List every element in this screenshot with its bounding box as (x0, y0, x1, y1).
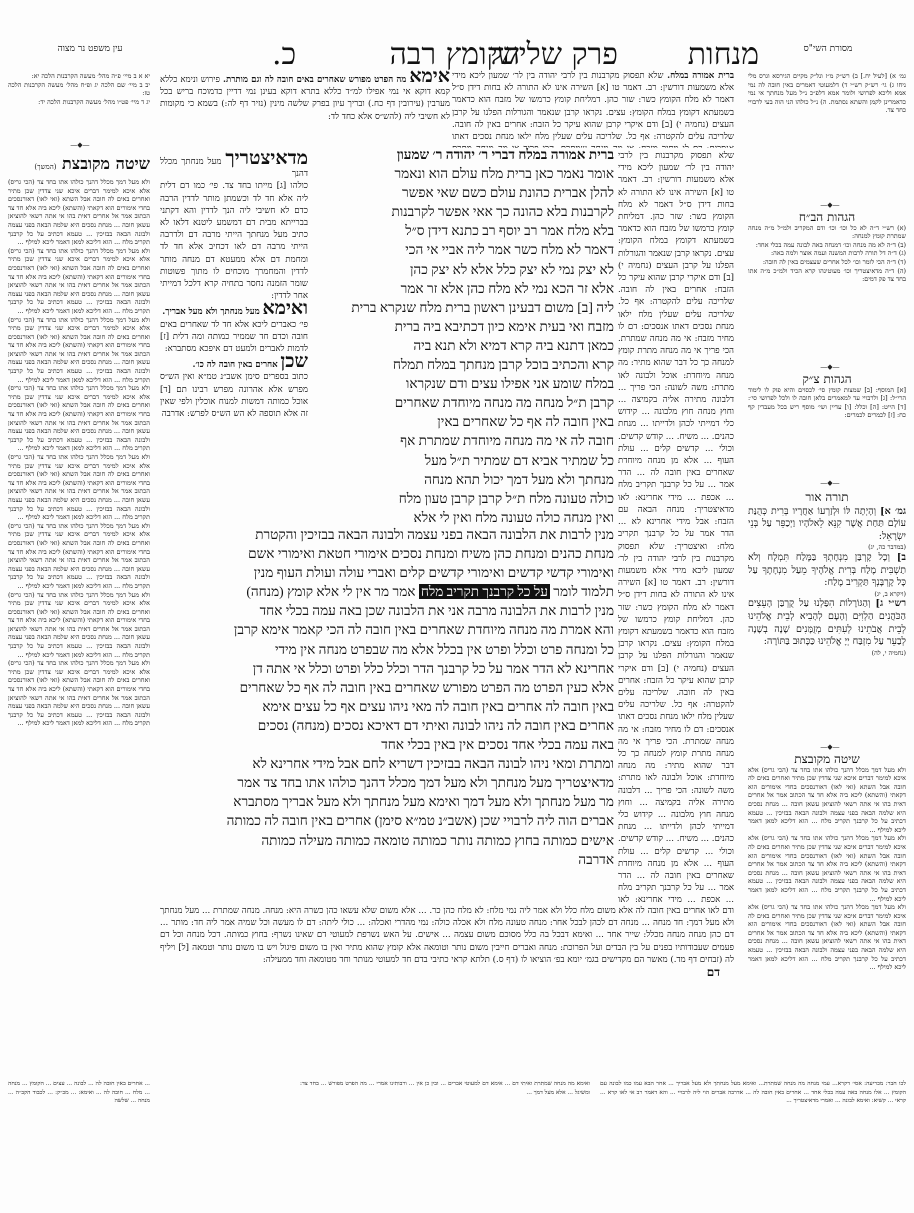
shita-mekubetzet-column: שיטה מקובצת (המשך) ולא מעל דמך מכלל דהנך… (8, 153, 150, 1088)
hagahot-tzk-column: הגהות צ״ק [א] המוסף: [ב] שמצות קומץ סי׳ … (748, 372, 906, 462)
gemara-line: באה עמה בכלי אחד נסכים אין באין בכלי אחד (160, 735, 614, 754)
gemara-line: מזבח ואי בעית אימא כיון דכתיבא ביה ברית (312, 317, 614, 336)
gemara-text-wide: מנין לרבות את הלבונה הבאה בפני עצמה ולבו… (160, 525, 614, 905)
folio-number: כ. (272, 38, 296, 72)
shita-right-text: ולא מעל דמך מכלל דהנך כולהו אתו בחד צד (… (748, 766, 906, 835)
masoret-column: גמ׳ א) [לעיל יח.] ב) רש״ק מ״ז ונל״ק מקיי… (748, 72, 906, 212)
ornament-divider: —◆— (790, 478, 870, 488)
perek-label: פרק שלישי (490, 38, 618, 72)
gemara-line: אחרינא לא הדר אמר על כל קרבנך הדר וכלל כ… (160, 659, 614, 678)
gemara-line: אומר נאמר כאן ברית מלח עולם הוא ונאמר (312, 164, 614, 183)
gemara-line: מנין לרבות את הלבונה הבאה בפני עצמה ולבו… (160, 525, 614, 544)
rashi-text-cont: שלא תפסוק מקרבנות בין לרבי יהודה בין לר׳… (618, 542, 734, 906)
shita-text-cont: ולא מעל דמך מכלל דהנך כולהו אתו בחד צד (… (8, 522, 150, 591)
shita-mekubetzet-right: שיטה מקובצת ולא מעל דמך מכלל דהנך כולהו … (748, 752, 906, 1072)
ein-mishpat-entry: יג ד מיי׳ פט״ו מהל׳ מעשה הקרבנות הלכה יד… (8, 98, 150, 107)
ornament-divider: —◆— (790, 362, 870, 372)
highlighted-phrase[interactable]: על כל קרבנך תקריב מלח (419, 584, 550, 599)
masoret-text: גמ׳ א) [לעיל יח.] ב) רש״ק מ״ז ונל״ק מקיי… (748, 72, 906, 115)
tosafot-heading-2: ואימא (262, 297, 308, 319)
footnotes-right: לכו חבר: מכריעה: אסי׳ דקרא... עמי מנחה מ… (600, 1080, 906, 1160)
gemara-line: אברים הוה ליה לרבויי שכן (אשב״נ טמ״א סימ… (160, 811, 614, 830)
ein-mishpat-entry: יא א ב מיי׳ פ״ה מהל׳ מעשה הקרבנות הלכה י… (8, 72, 150, 81)
shita-text-cont: ולא מעל דמך מכלל דהנך כולהו אתו בחד צד (… (8, 591, 150, 660)
tosafot-lead-rest: מה הפרט מפורש שאחרים באים חובה לה וגם מו… (223, 75, 406, 85)
torah-or-verse: רש״י ג] וְהַגּוֹרָלוֹת הִפַּלְנוּ עַל קֻ… (748, 598, 906, 648)
ein-mishpat-column: יא א ב מיי׳ פ״ה מהל׳ מעשה הקרבנות הלכה י… (8, 72, 150, 132)
gemara-line: באין חובה לה אף כל שאחרים באין (312, 412, 614, 431)
hagahot-bach-item: (ב) ד״ה לא מה מנחה וכו׳ דמנחה באה לבונה … (748, 241, 906, 250)
gemara-line: מנחת כהנים ומנחת כהן משיח ומנחת נסכים אי… (160, 544, 614, 563)
gemara-line: ואימורי קדשי קדשים ואימורי קדשים קלים וא… (160, 563, 614, 582)
gemara-line: להלן אברית כהונת עולם כשם שאי אפשר (312, 183, 614, 202)
hagahot-bach-item: (ה) ד״ה מדאיצטריך וכו׳ מעוטינהו קרא הכיד… (748, 267, 906, 284)
gemara-line: אישים כמותה בחוץ כמותה נותר כמותה טומאה … (160, 831, 614, 850)
rashi-bottom-text: ודם לאו אחרים באין חובה לה אלא משום מלח … (160, 906, 734, 965)
footnotes-left: ... אחרים באין חובה לה ... לבונה ... עצי… (8, 1080, 150, 1160)
tosafot-body-3: כתוב בספרים סימן אשב״נ טמ״א ואין הש״ס מפ… (160, 371, 308, 420)
hagahot-bach-title: הגהות הב״ח (748, 213, 906, 222)
ornament-divider: —◆— (790, 200, 870, 210)
rashi-column-top: ברית אמורה במלח. שלא תפסוק מקרבנות בין ל… (452, 70, 734, 148)
hagahot-bach-item: (א) רש״י ד״ה לא כל וכו׳ וכו׳ ודם המקריב … (748, 224, 906, 241)
shita-right-text: ולא מעל דמך מכלל דהנך כולהו אתו בחד צד (… (748, 903, 906, 972)
gemara-line: כמאן דתנא ביה קרא דמיא ולא תנא ביה (312, 336, 614, 355)
gemara-line: קרבן ת״ל מנחה מה מנחה מיוחדת שאחרים (312, 393, 614, 412)
torah-or-title: תורה אור (748, 491, 906, 504)
gemara-line: באין חובה לה אחרים באין חובה לה מאי ניהו… (160, 697, 614, 716)
gemara-line: במלח שומע אני אפילו עצים ודם שנקראו (312, 374, 614, 393)
gemara-line: מנין לרבות את הלבונה מרבה אני את הלבונה … (160, 601, 614, 620)
rashi-opening: ברית אמורה במלח. (667, 71, 734, 81)
gemara-line: חובה לה אי מה מנחה מיוחדת שמתרת אף (312, 431, 614, 450)
gemara-line: ברית אמורה במלח דברי ר׳ יהודה ר׳ שמעון (312, 145, 614, 164)
gemara-line: כולה טעונה מלח ת״ל קרבן קרבן טעון מלח (312, 489, 614, 508)
shita-text: ולא מעל דמך מכלל דהנך כולהו אתו בחד צד (… (8, 178, 150, 247)
gemara-line: לקרבנות בלא כהונה כך אאי אפשר לקרבנות (312, 202, 614, 221)
gemara-line: תלמוד לומר על כל קרבנך תקריב מלח אמר מר … (160, 582, 614, 601)
ornament-divider: —◆— (40, 140, 120, 150)
gemara-line: לא יצק נמי לא יצק כלל אלא לא יצק כהן (312, 260, 614, 279)
gemara-line: ליה [ב] משום דבעינן ראשון ברית מלח שנקרא… (312, 298, 614, 317)
shita-right-title: שיטה מקובצת (748, 755, 906, 764)
tosafot-column-narrow: מדאיצטריך מעל מנחתך מכלל דהנך כולהו [ג] … (160, 152, 308, 522)
tosafot-heading-3-rest: אחרים באין חובה לה כו׳. (192, 360, 277, 370)
gemara-line: מר מעל מנחתך ולא מעל דמך ואימא מעל מנחתך… (160, 792, 614, 811)
torah-or-column: תורה אור גמ׳ א] וְהָיְתָה לּוֹ וּלְזַרְע… (748, 488, 906, 738)
shita-text-cont: ולא מעל דמך מכלל דהנך כולהו אתו בחד צד (… (8, 384, 150, 453)
rashi-bottom: ודם לאו אחרים באין חובה לה אלא משום מלח … (160, 905, 734, 1075)
shita-text-cont: ולא מעל דמך מכלל דהנך כולהו אתו בחד צד (… (8, 316, 150, 385)
hagahot-bach-item: (ד) ד״ה הכי לומר וכו׳ לכל אחרים שעצמים ב… (748, 258, 906, 267)
shita-text-cont: ולא מעל דמך מכלל דהנך כולהו אתו בחד צד (… (8, 247, 150, 316)
masoret-label: מסורת השי"ס (798, 44, 858, 55)
tosafot-column: אימא מה הפרט מפורש שאחרים באים חובה לה ו… (160, 70, 450, 148)
torah-or-ref: (ויקרא ב, יג) (748, 590, 906, 599)
rashi-text-cont: שלא תפסוק מקרבנות בין לרבי יהודה בין לר׳… (618, 151, 734, 552)
gemara-line: ומתרת ומאי ניהו לבונה הבאה בבזיכין דשריא… (160, 754, 614, 773)
gemara-line: והא אמרת מה מנחה מיוחדת שאחרים באין חובה… (160, 620, 614, 639)
gemara-line: מדאיצטריך מעל מנחתך ולא מעל דמך מכלל דהנ… (160, 773, 614, 792)
tractate-name: מנחות (688, 38, 759, 72)
gemara-line: כל שמתיר אביא דם שמתיר ת״ל מעל (312, 451, 614, 470)
torah-or-ref: (נחמיה י, לה) (748, 649, 906, 658)
tosafot-heading-3: שכן (280, 350, 308, 372)
shita-right-text: ולא מעל דמך מכלל דהנך כולהו אתו בחד צד (… (748, 834, 906, 903)
torah-or-ref: (במדבר כה, יג) (748, 543, 906, 552)
rashi-text: שלא תפסוק מקרבנות בין לרבי יהודה בין לר׳… (452, 71, 734, 148)
tosafot-body: כולהו [ג] מייתו בחד צד. פי׳ כמו דם דלית … (160, 180, 308, 302)
gemara-line: דאמר לא מלח כשר אמר ליה אביי אי הכי (312, 240, 614, 259)
torah-or-verse: ב] וְכָל קָרְבַּן מִנְחָתְךָ בַּמֶּלַח ת… (748, 552, 906, 590)
gemara-line: אלא זר הכא נמי לא מלח כהן אלא זר אמר (312, 279, 614, 298)
ein-mishpat-entry: יב ב מיי׳ שם הלכה יג ופ״ח מהל׳ מעשה הקרב… (8, 81, 150, 98)
gemara-line: קרא והכתיב בוכל קרבן מנחתך במלח תמלח (312, 355, 614, 374)
hagahot-bach-column: הגהות הב״ח (א) רש״י ד״ה לא כל וכו׳ וכו׳ … (748, 210, 906, 330)
shita-text-cont: ולא מעל דמך מכלל דהנך כולהו אתו בחד צד (… (8, 659, 150, 728)
gemara-line: ואין מנחה כולה טעונה מלח ואין לי אלא (312, 508, 614, 525)
tosafot-heading-2-rest: מעל מנחתך ולא מעל אבריך. (162, 307, 259, 317)
gemara-text: ברית אמורה במלח דברי ר׳ יהודה ר׳ שמעון א… (312, 145, 614, 525)
hagahot-tzk-title: הגהות צ״ק (748, 375, 906, 384)
shita-title: שיטה מקובצת (המשך) (8, 153, 150, 178)
gemara-line: כל ומנחה פרט וכלל ופרט אין בכלל אלא מה ש… (160, 640, 614, 659)
tosafot-lead-word: אימא (409, 70, 450, 87)
hagahot-bach-item: (ג) ד״ה דל תורה לרבות המשנה ועמה אוצר ול… (748, 249, 906, 258)
torah-or-verse: גמ׳ א] וְהָיְתָה לּוֹ וּלְזַרְעוֹ אַחֲרָ… (748, 506, 906, 544)
ornament-divider: —◆— (790, 742, 870, 752)
hagahot-tzk-text: [א] המוסף: [ב] שמצות קומץ סי׳ לכסוים והי… (748, 386, 906, 420)
gemara-line: אדרבה (160, 850, 614, 869)
catchword: דם (160, 966, 720, 978)
gemara-line: מנחתך ולא מעל דמך יכול תהא מנחה (312, 470, 614, 489)
footnotes-middle: ואימא מה מנחה שמתרת ואיתי דם ... אימא דם… (300, 1080, 590, 1160)
tosafot-heading: מדאיצטריך (225, 152, 308, 169)
rashi-column: שלא תפסוק מקרבנות בין לרבי יהודה בין לר׳… (618, 150, 734, 905)
gemara-line: אלא כעין הפרט מה הפרט מפורש שאחרים באין … (160, 678, 614, 697)
gemara-line: בלא מלח אמר רב יוסף רב כתנא דידן ס״ל (312, 221, 614, 240)
gemara-line: אחרים באין חובה לה ניהו לבונה ואיתי דם ד… (160, 716, 614, 735)
shita-text-cont: ולא מעל דמך מכלל דהנך כולהו אתו בחד צד (… (8, 453, 150, 522)
ein-mishpat-label: עין משפט נר מצוה (50, 44, 130, 55)
